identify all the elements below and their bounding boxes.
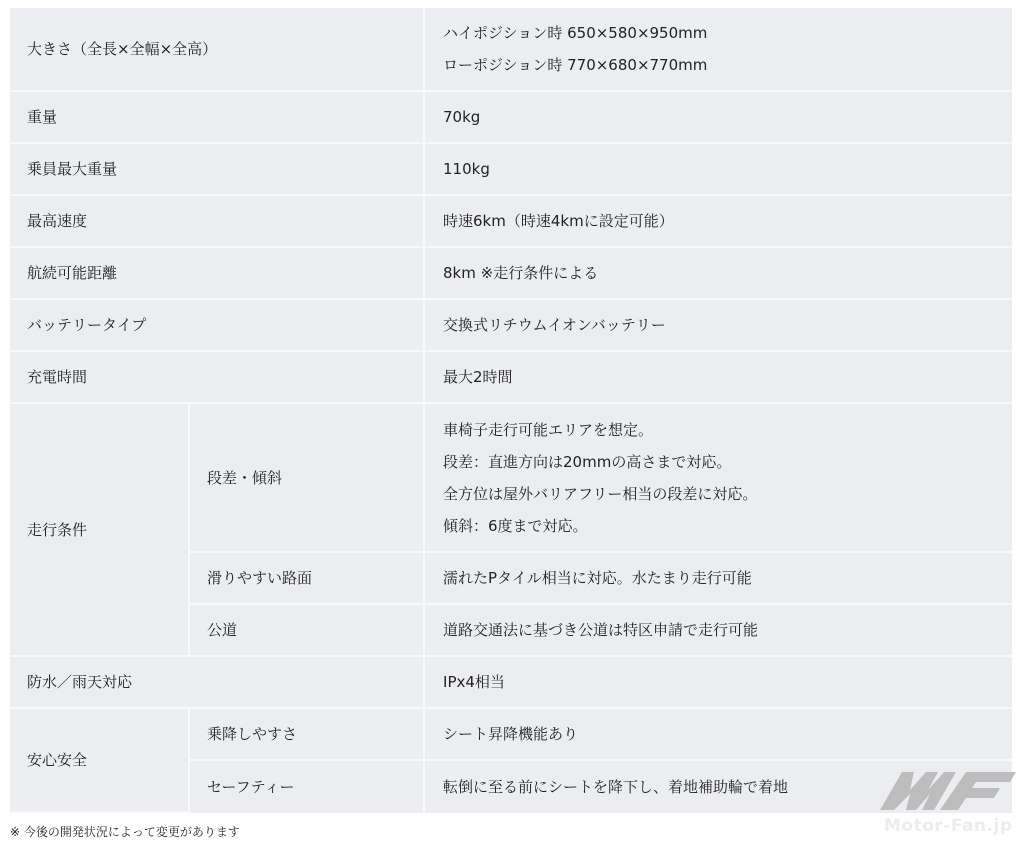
spec-value: 時速6km（時速4kmに設定可能） (424, 195, 1012, 247)
spec-label: 充電時間 (10, 351, 424, 403)
footnote: ※ 今後の開発状況によって変更があります (10, 823, 240, 841)
spec-value: ハイポジション時 650×580×950mm ローポジション時 770×680×… (424, 8, 1012, 91)
spec-value-line: 車椅子走行可能エリアを想定。 (443, 414, 1012, 446)
spec-value-line: ハイポジション時 650×580×950mm (443, 17, 1012, 49)
spec-row-battery-type: バッテリータイプ 交換式リチウムイオンバッテリー (10, 299, 1012, 351)
spec-label: バッテリータイプ (10, 299, 424, 351)
spec-value: 道路交通法に基づき公道は特区申請で走行可能 (424, 604, 1012, 656)
spec-value-line: 傾斜：6度まで対応。 (443, 510, 1012, 542)
spec-value: 車椅子走行可能エリアを想定。 段差：直進方向は20mmの高さまで対応。 全方位は… (424, 403, 1012, 552)
spec-row-weight: 重量 70kg (10, 91, 1012, 143)
spec-value: 交換式リチウムイオンバッテリー (424, 299, 1012, 351)
spec-sublabel: 公道 (189, 604, 424, 656)
spec-label: 重量 (10, 91, 424, 143)
spec-value: 8km ※走行条件による (424, 247, 1012, 299)
spec-value: 濡れたPタイル相当に対応。水たまり走行可能 (424, 552, 1012, 604)
spec-row-max-passenger-weight: 乗員最大重量 110kg (10, 143, 1012, 195)
spec-sublabel: 乗降しやすさ (189, 708, 424, 760)
spec-row-driving-conditions: 走行条件 段差・傾斜 車椅子走行可能エリアを想定。 段差：直進方向は20mmの高… (10, 403, 1012, 552)
spec-sublabel: 滑りやすい路面 (189, 552, 424, 604)
spec-sublabel: 段差・傾斜 (189, 403, 424, 552)
spec-value: 最大2時間 (424, 351, 1012, 403)
spec-value: 70kg (424, 91, 1012, 143)
spec-label: 航続可能距離 (10, 247, 424, 299)
spec-sublabel: セーフティー (189, 760, 424, 812)
spec-row-range: 航続可能距離 8km ※走行条件による (10, 247, 1012, 299)
spec-row-safety: 安心安全 乗降しやすさ シート昇降機能あり (10, 708, 1012, 760)
spec-row-charge-time: 充電時間 最大2時間 (10, 351, 1012, 403)
spec-value: 110kg (424, 143, 1012, 195)
spec-value: IPx4相当 (424, 656, 1012, 708)
spec-row-max-speed: 最高速度 時速6km（時速4kmに設定可能） (10, 195, 1012, 247)
spec-label: 最高速度 (10, 195, 424, 247)
spec-value: シート昇降機能あり (424, 708, 1012, 760)
spec-value-line: ローポジション時 770×680×770mm (443, 49, 1012, 81)
spec-label: 大きさ（全長×全幅×全高） (10, 8, 424, 91)
spec-row-size: 大きさ（全長×全幅×全高） ハイポジション時 650×580×950mm ローポ… (10, 8, 1012, 91)
watermark-text: Motor-Fan.jp (884, 816, 1013, 836)
spec-label: 防水／雨天対応 (10, 656, 424, 708)
spec-group-label: 安心安全 (10, 708, 189, 812)
spec-value-line: 全方位は屋外バリアフリー相当の段差に対応。 (443, 478, 1012, 510)
spec-table: 大きさ（全長×全幅×全高） ハイポジション時 650×580×950mm ローポ… (10, 8, 1012, 813)
spec-label: 乗員最大重量 (10, 143, 424, 195)
watermark: Motor-Fan.jp (876, 764, 1016, 844)
spec-row-waterproof: 防水／雨天対応 IPx4相当 (10, 656, 1012, 708)
spec-group-label: 走行条件 (10, 403, 189, 656)
motor-fan-logo-icon (880, 764, 1016, 814)
spec-value-line: 段差：直進方向は20mmの高さまで対応。 (443, 446, 1012, 478)
